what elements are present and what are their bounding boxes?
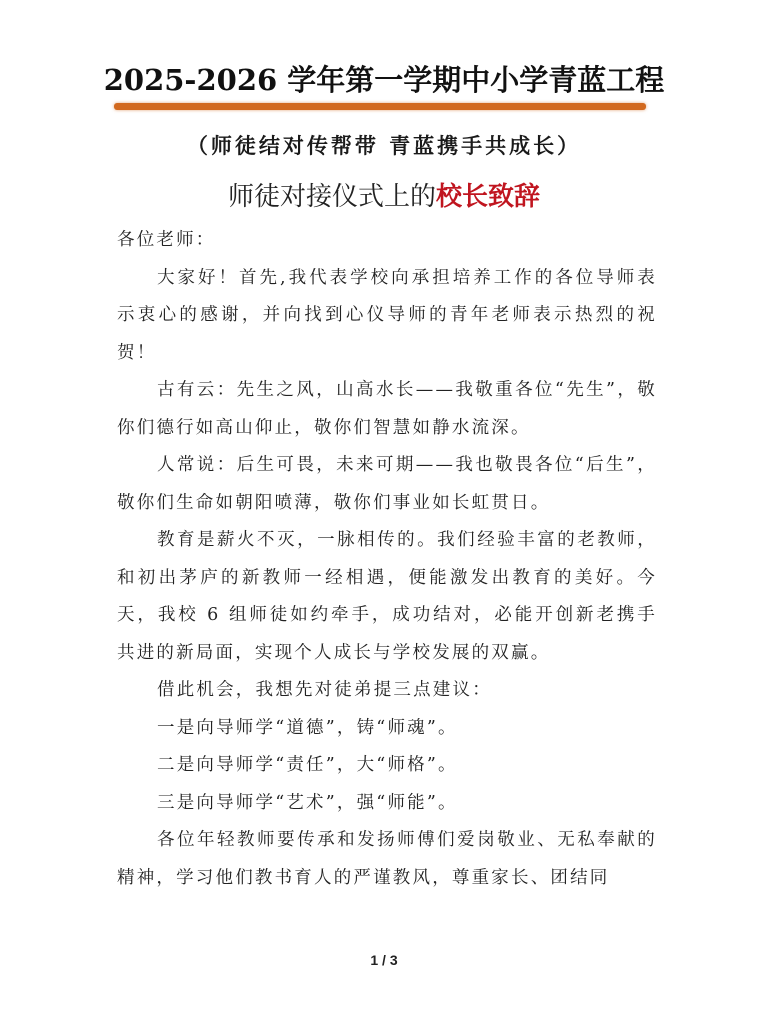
paragraph-education: 教育是薪火不灭，一脉相传的。我们经验丰富的老教师，和初出茅庐的新教师一经相遇，便…: [117, 522, 657, 672]
document-title-highlight: 校长致辞: [436, 182, 540, 212]
paragraph-students: 人常说：后生可畏，未来可期——我也敬畏各位“后生”，敬你们生命如朝阳喷薄，敬你们…: [117, 447, 657, 522]
subtitle: （师徒结对传帮带 青蓝携手共成长）: [0, 130, 768, 160]
main-title: 2025-2026 学年第一学期中小学青蓝工程: [0, 58, 768, 99]
document-title: 师徒对接仪式上的校长致辞: [0, 176, 768, 213]
document-title-prefix: 师徒对接仪式上的: [228, 182, 436, 212]
suggestion-item: 一是向导师学“道德”，铸“师魂”。: [117, 710, 657, 748]
paragraph-suggestions-intro: 借此机会，我想先对徒弟提三点建议：: [117, 672, 657, 710]
page-indicator: 1 / 3: [0, 952, 768, 968]
paragraph-teachers: 古有云：先生之风，山高水长——我敬重各位“先生”，敬你们德行如高山仰止，敬你们智…: [117, 372, 657, 447]
document-page: 2025-2026 学年第一学期中小学青蓝工程 （师徒结对传帮带 青蓝携手共成长…: [0, 0, 768, 1024]
suggestion-item: 二是向导师学“责任”，大“师格”。: [117, 747, 657, 785]
title-underline-divider: [114, 103, 646, 110]
salutation: 各位老师：: [117, 222, 657, 260]
paragraph-greeting: 大家好！首先,我代表学校向承担培养工作的各位导师表示衷心的感谢，并向找到心仪导师…: [117, 260, 657, 373]
speech-body: 各位老师： 大家好！首先,我代表学校向承担培养工作的各位导师表示衷心的感谢，并向…: [117, 222, 657, 897]
paragraph-closing: 各位年轻教师要传承和发扬师傅们爱岗敬业、无私奉献的精神，学习他们教书育人的严谨教…: [117, 822, 657, 897]
suggestion-item: 三是向导师学“艺术”，强“师能”。: [117, 785, 657, 823]
